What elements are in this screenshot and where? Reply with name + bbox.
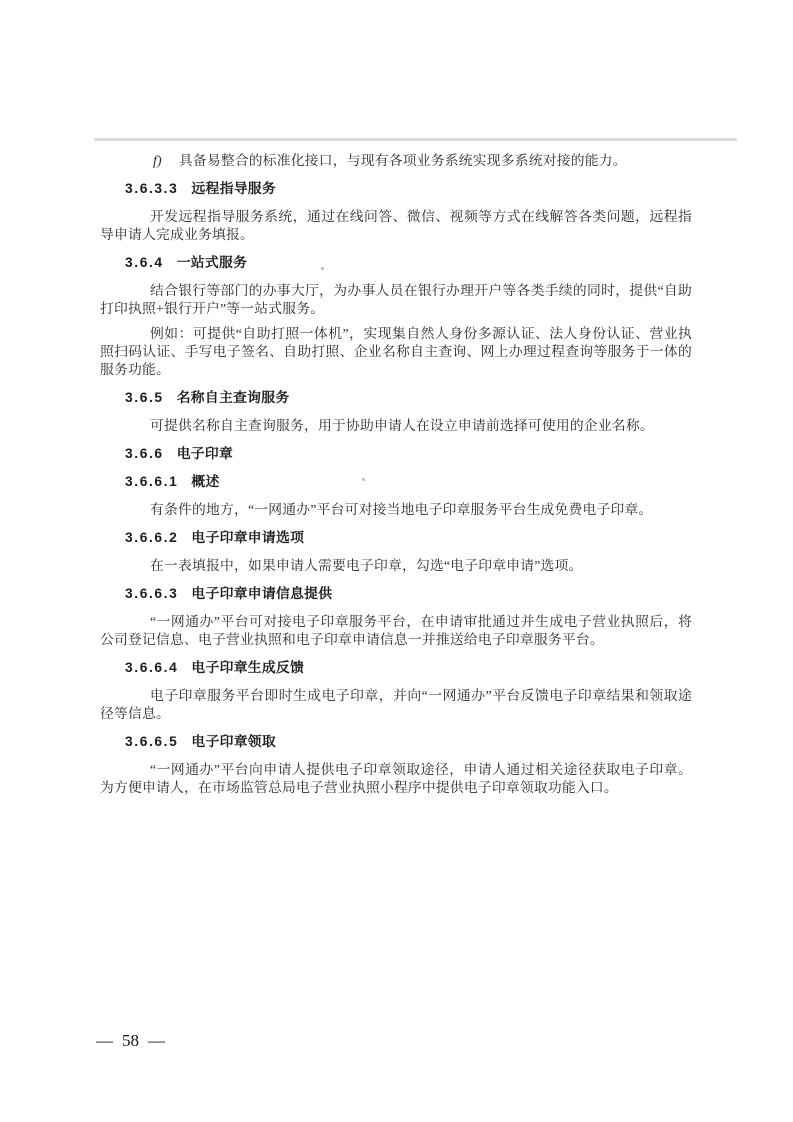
- paragraph: “一网通办”平台可对接电子印章服务平台，在申请审批通过并生成电子营业执照后，将公…: [100, 613, 692, 649]
- list-item-text: 具备易整合的标准化接口，与现有各项业务系统实现多系统对接的能力。: [179, 153, 627, 168]
- section-heading-seal-generation-feedback: 3.6.6.4电子印章生成反馈: [100, 659, 692, 677]
- page-footer: —58—: [96, 1030, 165, 1052]
- footer-dash: —: [148, 1030, 165, 1052]
- paragraph: “一网通办”平台向申请人提供电子印章领取途径，申请人通过相关途径获取电子印章。为…: [100, 761, 692, 797]
- list-item-label: f): [153, 152, 162, 170]
- section-number: 3.6.4: [125, 255, 164, 270]
- section-title: 电子印章申请选项: [191, 530, 304, 545]
- section-title: 名称自主查询服务: [177, 390, 290, 405]
- section-number: 3.6.6.1: [125, 474, 178, 489]
- document-content: f)具备易整合的标准化接口，与现有各项业务系统实现多系统对接的能力。 3.6.3…: [100, 145, 692, 804]
- paragraph: 例如：可提供“自助打照一体机”，实现集自然人身份多源认证、法人身份认证、营业执照…: [100, 325, 692, 379]
- section-heading-one-stop-service: 3.6.4一站式服务: [100, 254, 692, 272]
- section-heading-remote-guidance: 3.6.3.3远程指导服务: [100, 180, 692, 198]
- page-number: 58: [122, 1030, 139, 1052]
- section-heading-seal-apply-info: 3.6.6.3电子印章申请信息提供: [100, 585, 692, 603]
- section-title: 远程指导服务: [191, 181, 276, 196]
- section-number: 3.6.5: [125, 390, 164, 405]
- section-title: 电子印章: [177, 446, 233, 461]
- section-number: 3.6.6: [125, 446, 164, 461]
- paragraph: 开发远程指导服务系统，通过在线问答、微信、视频等方式在线解答各类问题，远程指导申…: [100, 208, 692, 244]
- section-heading-seal-apply-option: 3.6.6.2电子印章申请选项: [100, 529, 692, 547]
- section-number: 3.6.6.3: [125, 586, 178, 601]
- section-title: 一站式服务: [177, 255, 247, 270]
- footer-dash: —: [96, 1030, 113, 1052]
- section-heading-name-query-service: 3.6.5名称自主查询服务: [100, 389, 692, 407]
- scan-artifact-line: [94, 138, 737, 141]
- paragraph: 电子印章服务平台即时生成电子印章，并向“一网通办”平台反馈电子印章结果和领取途径…: [100, 687, 692, 723]
- section-heading-seal-collection: 3.6.6.5电子印章领取: [100, 733, 692, 751]
- section-title: 电子印章生成反馈: [191, 660, 304, 675]
- section-number: 3.6.6.2: [125, 530, 178, 545]
- section-heading-overview: 3.6.6.1概述: [100, 473, 692, 491]
- paragraph: 在一表填报中，如果申请人需要电子印章，勾选“电子印章申请”选项。: [100, 557, 692, 575]
- paragraph: 结合银行等部门的办事大厅，为办事人员在银行办理开户等各类手续的同时，提供“自助打…: [100, 282, 692, 318]
- section-number: 3.6.6.5: [125, 734, 178, 749]
- section-title: 概述: [191, 474, 219, 489]
- list-item-f: f)具备易整合的标准化接口，与现有各项业务系统实现多系统对接的能力。: [100, 152, 692, 170]
- paragraph: 有条件的地方，“一网通办”平台可对接当地电子印章服务平台生成免费电子印章。: [100, 501, 692, 519]
- section-title: 电子印章申请信息提供: [191, 586, 332, 601]
- section-title: 电子印章领取: [191, 734, 276, 749]
- paragraph: 可提供名称自主查询服务，用于协助申请人在设立申请前选择可使用的企业名称。: [100, 417, 692, 435]
- document-page: f)具备易整合的标准化接口，与现有各项业务系统实现多系统对接的能力。 3.6.3…: [0, 0, 793, 1122]
- section-number: 3.6.6.4: [125, 660, 178, 675]
- section-heading-electronic-seal: 3.6.6电子印章: [100, 445, 692, 463]
- section-number: 3.6.3.3: [125, 181, 178, 196]
